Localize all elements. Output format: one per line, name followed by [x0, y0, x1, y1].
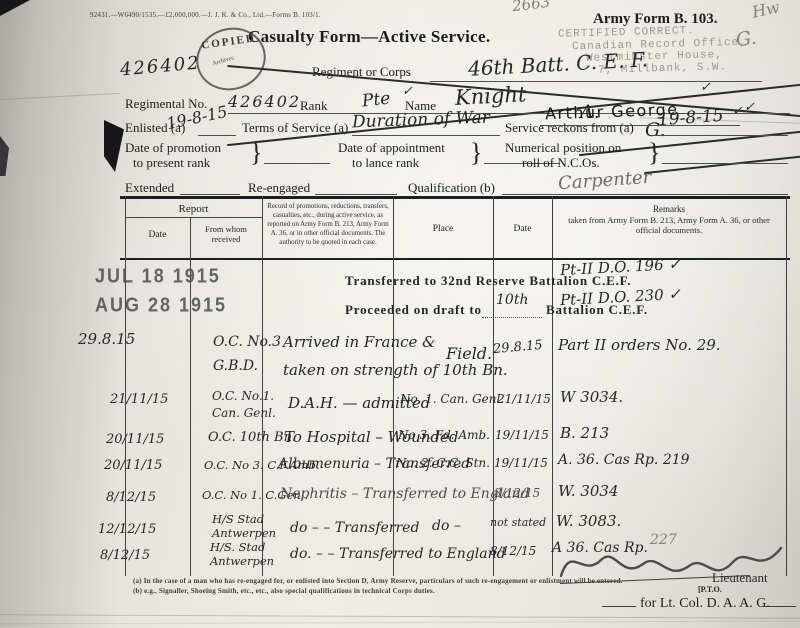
table-border-right: [786, 196, 787, 576]
check-mark: ✓: [732, 104, 743, 119]
row-record-handwritten: 10th: [496, 292, 528, 308]
row-remarks: W. 3034: [558, 482, 619, 500]
terms-value: Duration of War: [352, 108, 491, 133]
row-record-stamp: Proceeded on draft to: [345, 302, 482, 318]
reengaged-label: Re-engaged: [248, 180, 310, 196]
service-reckons-line: [652, 134, 788, 136]
row-remarks: Part II orders No. 29.: [558, 336, 721, 354]
row-date: 29.8.15: [78, 330, 135, 348]
footnote-b: (b) e.g., Signaller, Shoeing Smith, etc.…: [133, 587, 435, 595]
table-header-rule: [120, 258, 790, 260]
service-reckons-label: Service reckons from (a): [505, 120, 634, 136]
row-place: Field.: [446, 344, 492, 363]
row-date: 20/11/15: [104, 458, 162, 473]
reengaged-line: [315, 193, 397, 195]
copied-stamp-text: COPIED: [201, 32, 257, 52]
row-from-whom: O.C. No.1. Can. Genl.: [212, 388, 276, 422]
header-report-date: Date: [125, 230, 190, 240]
row-place: No 3. Fd. Amb.: [398, 428, 490, 442]
terms-label: Terms of Service (a): [242, 120, 348, 136]
table-top-rule: [120, 196, 790, 199]
report-sub-rule: [125, 217, 262, 218]
qualification-label: Qualification (b): [408, 180, 495, 196]
row-date2: 8/12/15: [494, 486, 540, 500]
row-date2: 29.8.15: [492, 338, 543, 357]
row-date: 12/12/15: [98, 522, 156, 537]
row-from-whom: H/S. Stad Antwerpen: [210, 540, 274, 568]
header-record: Record of promotions, reductions, transf…: [267, 202, 389, 247]
numerical-line: [662, 162, 788, 164]
row-place: No. 2. C.C. Stn.: [396, 456, 490, 470]
col-line-date2: [552, 196, 553, 576]
row-remarks: B. 213: [560, 424, 609, 442]
pto-note: [P.T.O.: [698, 585, 722, 594]
regiment-line: [430, 80, 762, 82]
row-date-stamp: JUL 18 1915: [95, 265, 221, 289]
brace: }: [250, 138, 262, 168]
countersign-line: for Lt. Col. D. A. A. G.: [640, 596, 770, 612]
row-from-whom: O.C. 10th Bn.: [208, 430, 296, 445]
name-surname: Knight: [454, 82, 527, 110]
bottom-crease: [0, 621, 800, 625]
page-title: Casualty Form—Active Service.: [248, 27, 490, 47]
numerical-label: Numerical position on: [505, 140, 621, 156]
signature-rank: Lieutenant: [712, 570, 768, 586]
row-record: Nephritis – Transferred to England: [280, 486, 530, 502]
row-date: 8/12/15: [106, 490, 156, 505]
row-record: do – – Transferred: [290, 520, 419, 536]
appointment-label: Date of appointment: [338, 140, 445, 156]
header-remarks-body: taken from Army Form B. 213, Army Form A…: [566, 215, 772, 235]
promotion-label: Date of promotion: [125, 140, 221, 156]
extended-line: [180, 193, 240, 195]
rank-label: Rank: [300, 98, 327, 114]
row-date2: 8/12/15: [490, 544, 536, 558]
pencil-number: 2663: [511, 0, 551, 15]
row-from-whom: O.C. No.3 G.B.D.: [213, 330, 281, 378]
row-date2: 19/11/15: [494, 456, 548, 470]
printer-reference: 92431.—W6490/1535.—£2,000,000.—J. J. K. …: [90, 11, 321, 19]
extended-label: Extended: [125, 180, 174, 196]
header-place: Place: [393, 224, 493, 234]
row-from-whom: H/S Stad Antwerpen: [212, 512, 276, 540]
header-date2: Date: [493, 224, 552, 234]
countersign-dash: [602, 606, 636, 607]
header-from-whom: From whom received: [190, 224, 262, 244]
row-record-dotline: [482, 316, 542, 318]
row-date: 20/11/15: [106, 432, 164, 447]
countersign-dash: [762, 606, 796, 607]
row-remarks: W 3034.: [560, 388, 623, 406]
pencil-initials: Hw: [750, 0, 781, 22]
bottom-crease: [0, 614, 800, 618]
row-date2: 19/11/15: [495, 428, 549, 442]
appointment-label-2: to lance rank: [352, 155, 419, 171]
row-place: do –: [432, 518, 461, 534]
row-place: No. 1. Can. Genl.: [400, 392, 504, 406]
service-number-handwritten: 426402: [119, 53, 201, 81]
check-mark: ✓: [700, 80, 711, 95]
row-remarks: A. 36. Cas Rp. 219: [558, 452, 690, 468]
footnote-a: (a) In the case of a man who has re-enga…: [133, 577, 623, 585]
check-mark: ✓: [402, 84, 413, 99]
qualification-line: [502, 193, 788, 195]
row-date-stamp: AUG 28 1915: [95, 294, 227, 318]
table-border-left: [125, 196, 126, 576]
rank-value: Pte: [361, 89, 391, 112]
check-mark: ✓: [744, 100, 755, 115]
brace: }: [648, 138, 660, 168]
row-date2: 21/11/15: [497, 392, 551, 406]
promotion-label-2: to present rank: [133, 155, 210, 171]
header-remarks-title: Remarks: [552, 204, 786, 214]
promotion-line: [264, 162, 330, 164]
row-remarks: W. 3083.: [556, 512, 621, 530]
row-date: 8/12/15: [100, 548, 150, 563]
casualty-form-page: 92431.—W6490/1535.—£2,000,000.—J. J. K. …: [0, 0, 800, 628]
brace: }: [470, 138, 482, 168]
col-line-record: [393, 196, 394, 576]
header-report: Report: [125, 203, 262, 215]
row-date: 21/11/15: [110, 392, 168, 407]
terms-line: [352, 134, 500, 136]
numerical-label-2: roll of N.C.Os.: [522, 155, 600, 171]
row-record: do. – – Transferred to England: [290, 546, 506, 562]
enlisted-line: [198, 134, 236, 136]
row-date2: not stated: [490, 516, 546, 529]
